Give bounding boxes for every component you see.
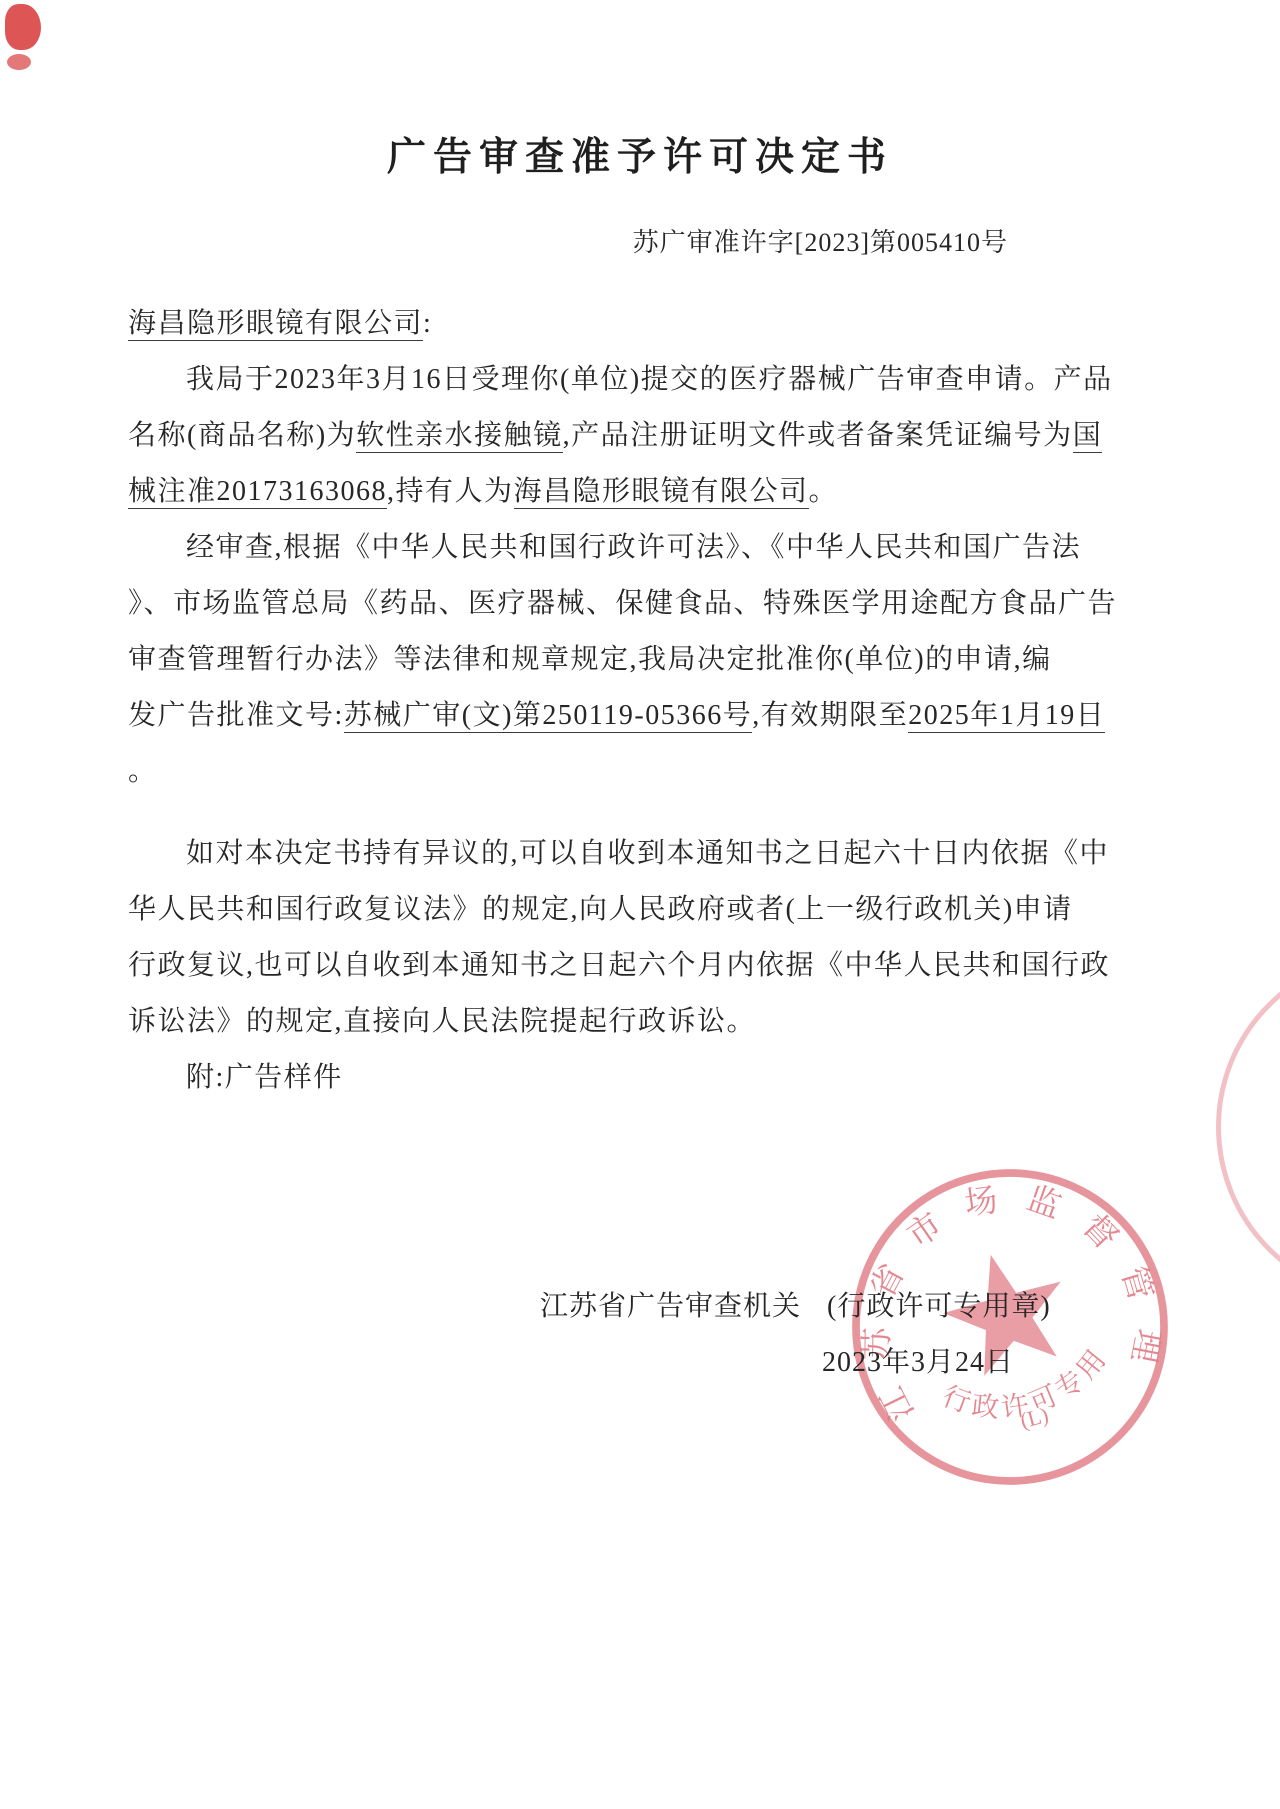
- underlined-text: 海昌隐形眼镜有限公司: [514, 476, 809, 509]
- text-segment: :: [423, 308, 432, 339]
- underlined-text: 苏械广审(文)第250119-05366号: [344, 700, 752, 733]
- ink-smudge: [7, 54, 31, 70]
- document-line: 械注准20173163068,持有人为海昌隐形眼镜有限公司。: [128, 464, 1184, 520]
- document-body: 海昌隐形眼镜有限公司:我局于2023年3月16日受理你(单位)提交的医疗器械广告…: [128, 296, 1184, 1106]
- text-segment: 诉讼法》的规定,直接向人民法院提起行政诉讼。: [128, 1006, 756, 1037]
- agency-name: 江苏省广告审查机关: [540, 1291, 801, 1322]
- partial-seal-mark: [1216, 952, 1280, 1302]
- underlined-text: 软性亲水接触镜: [356, 420, 563, 453]
- document-line: 发广告批准文号:苏械广审(文)第250119-05366号,有效期限至2025年…: [128, 688, 1184, 744]
- document-number: 苏广审准许字[2023]第005410号: [633, 222, 1008, 259]
- issue-date: 2023年3月24日: [822, 1340, 1014, 1380]
- ink-smudge: [5, 4, 41, 50]
- document-line: 海昌隐形眼镜有限公司:: [128, 296, 1184, 352]
- text-segment: ,产品注册证明文件或者备案凭证编号为: [563, 420, 1073, 451]
- official-seal-stamp: 江苏省市场监督管理局 行政许可专用章 (L): [845, 1162, 1175, 1492]
- underlined-text: 国: [1073, 420, 1103, 453]
- document-page: 广告审查准予许可决定书 苏广审准许字[2023]第005410号 海昌隐形眼镜有…: [0, 0, 1280, 1809]
- text-segment: 我局于2023年3月16日受理你(单位)提交的医疗器械广告审查申请。产品: [186, 364, 1113, 395]
- text-segment: 审查管理暂行办法》等法律和规章规定,我局决定批准你(单位)的申请,编: [128, 644, 1052, 675]
- underlined-text: 械注准20173163068: [128, 476, 387, 509]
- document-line: 经审查,根据《中华人民共和国行政许可法》、《中华人民共和国广告法: [128, 520, 1184, 576]
- seal-note: (行政许可专用章): [827, 1291, 1051, 1322]
- underlined-text: 2025年1月19日: [908, 700, 1105, 733]
- text-segment: ,有效期限至: [752, 700, 908, 731]
- text-segment: 。: [128, 756, 158, 787]
- document-line: 行政复议,也可以自收到本通知书之日起六个月内依据《中华人民共和国行政: [128, 938, 1184, 994]
- text-segment: 发广告批准文号:: [128, 700, 344, 731]
- document-line: 我局于2023年3月16日受理你(单位)提交的医疗器械广告审查申请。产品: [128, 352, 1184, 408]
- document-line: 审查管理暂行办法》等法律和规章规定,我局决定批准你(单位)的申请,编: [128, 632, 1184, 688]
- document-line: 》、市场监管总局《药品、医疗器械、保健食品、特殊医学用途配方食品广告: [128, 576, 1184, 632]
- text-segment: 附:广告样件: [186, 1062, 343, 1093]
- text-segment: 华人民共和国行政复议法》的规定,向人民政府或者(上一级行政机关)申请: [128, 894, 1073, 925]
- document-line: 附:广告样件: [128, 1050, 1184, 1106]
- text-segment: 行政复议,也可以自收到本通知书之日起六个月内依据《中华人民共和国行政: [128, 950, 1110, 981]
- text-segment: 经审查,根据《中华人民共和国行政许可法》、《中华人民共和国广告法: [186, 532, 1081, 563]
- text-segment: ,持有人为: [387, 476, 514, 507]
- text-segment: 如对本决定书持有异议的,可以自收到本通知书之日起六十日内依据《中: [186, 838, 1109, 869]
- text-segment: 名称(商品名称)为: [128, 420, 356, 451]
- document-line: 华人民共和国行政复议法》的规定,向人民政府或者(上一级行政机关)申请: [128, 882, 1184, 938]
- text-segment: 》、市场监管总局《药品、医疗器械、保健食品、特殊医学用途配方食品广告: [128, 588, 1117, 619]
- document-line: 如对本决定书持有异议的,可以自收到本通知书之日起六十日内依据《中: [128, 826, 1184, 882]
- document-title: 广告审查准予许可决定书: [0, 126, 1280, 182]
- document-line: 。: [128, 744, 1184, 800]
- document-line: 名称(商品名称)为软性亲水接触镜,产品注册证明文件或者备案凭证编号为国: [128, 408, 1184, 464]
- document-line: 诉讼法》的规定,直接向人民法院提起行政诉讼。: [128, 994, 1184, 1050]
- text-segment: 。: [809, 476, 839, 507]
- issuing-authority: 江苏省广告审查机关(行政许可专用章): [540, 1284, 1051, 1324]
- underlined-text: 海昌隐形眼镜有限公司: [128, 308, 423, 341]
